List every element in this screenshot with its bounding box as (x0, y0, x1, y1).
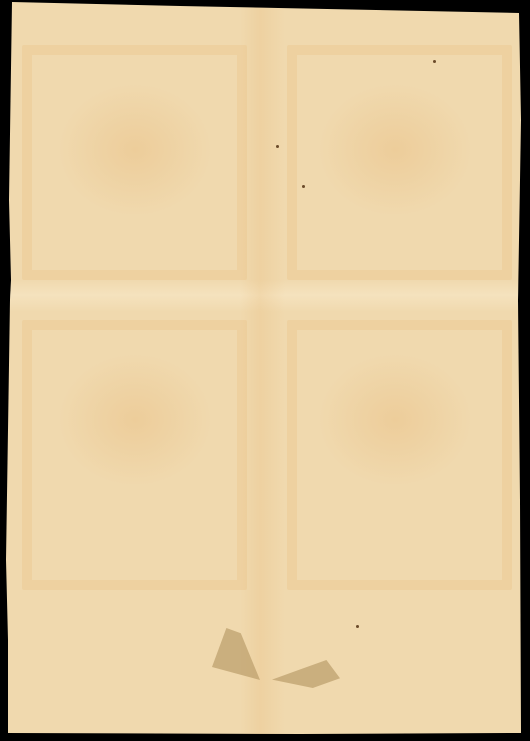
stamp-show-through-bottom-right (287, 320, 512, 590)
stamp-show-through-top-left (22, 45, 247, 280)
paper-speck (276, 145, 279, 148)
paper-speck (302, 185, 305, 188)
paper-speck (356, 625, 359, 628)
stamp-show-through-bottom-left (22, 320, 247, 590)
paper-speck (433, 60, 436, 63)
stamp-block-reverse (0, 0, 530, 741)
stamp-show-through-top-right (287, 45, 512, 280)
hinge-remnant-left (212, 628, 260, 680)
hinge-remnant-right (272, 660, 340, 688)
